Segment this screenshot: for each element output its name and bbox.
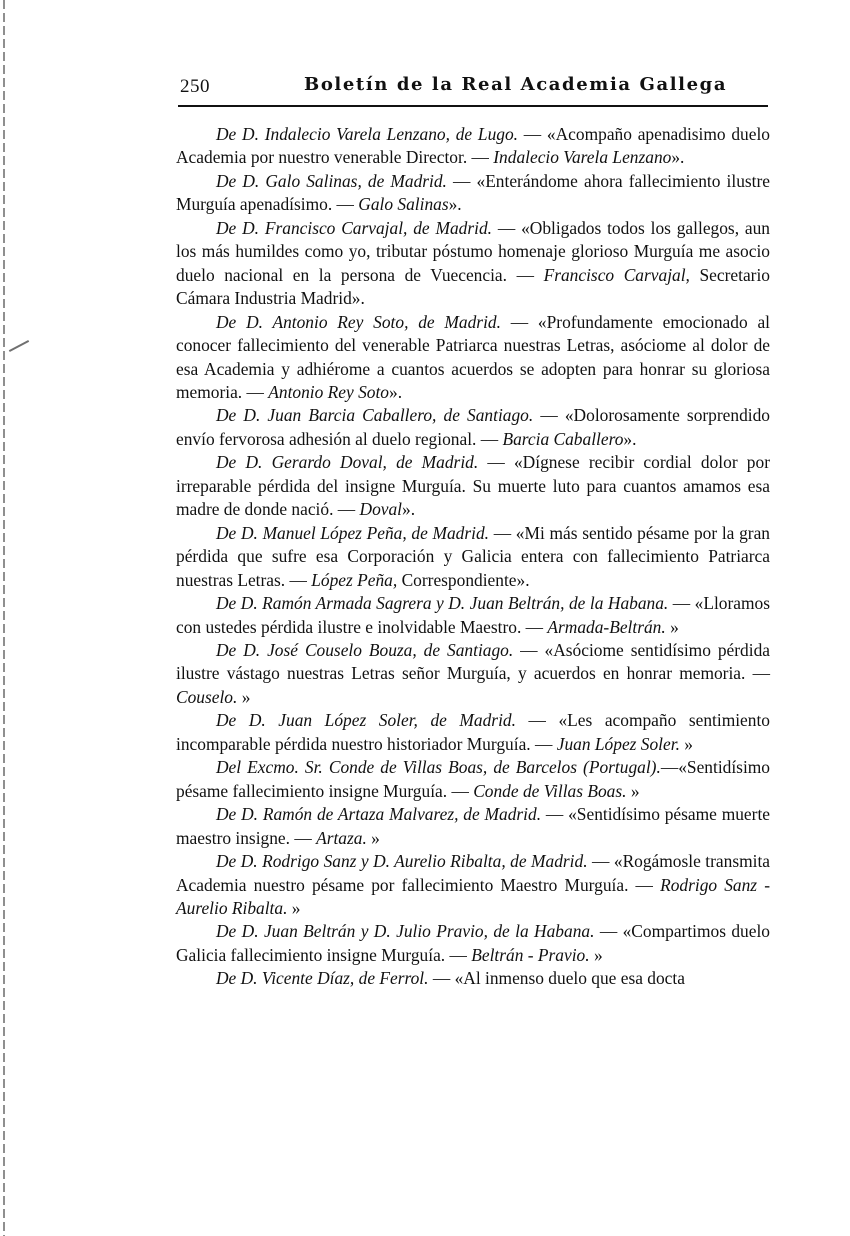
message-tail: » [666, 617, 679, 637]
sender-heading: De D. Galo Salinas, de Madrid. [216, 171, 447, 191]
signature: Antonio Rey Soto [268, 382, 389, 402]
message-tail: ». [671, 147, 684, 167]
running-title: Boletín de la Real Academia Gallega [304, 74, 727, 95]
signature: Artaza. [316, 828, 367, 848]
telegram-entry: De D. Juan López Soler, de Madrid. — «Le… [176, 709, 770, 756]
signature: Doval [360, 499, 403, 519]
message-tail: » [287, 898, 300, 918]
sender-heading: De D. Ramón de Artaza Malvarez, de Madri… [216, 804, 541, 824]
message-tail: ». [402, 499, 415, 519]
signature: Conde de Villas Boas. [473, 781, 626, 801]
sender-heading: De D. Ramón Armada Sagrera y D. Juan Bel… [216, 593, 668, 613]
sender-heading: De D. Juan Beltrán y D. Julio Pravio, de… [216, 921, 594, 941]
telegram-entry: De D. Vicente Díaz, de Ferrol. — «Al inm… [176, 967, 770, 990]
signature: Galo Salinas [358, 194, 448, 214]
sender-heading: De D. Antonio Rey Soto, de Madrid. [216, 312, 501, 332]
sender-heading: De D. Rodrigo Sanz y D. Aurelio Ribalta,… [216, 851, 588, 871]
message-tail: ». [623, 429, 636, 449]
telegram-entry: De D. Juan Barcia Caballero, de Santiago… [176, 404, 770, 451]
sender-heading: Del Excmo. Sr. Conde de Villas Boas, de … [216, 757, 661, 777]
telegram-entry: De D. Indalecio Varela Lenzano, de Lugo.… [176, 123, 770, 170]
sender-heading: De D. Vicente Díaz, de Ferrol. [216, 968, 429, 988]
message-tail: » [626, 781, 639, 801]
page-number: 250 [180, 76, 210, 98]
telegram-entry: De D. Ramón de Artaza Malvarez, de Madri… [176, 803, 770, 850]
message-tail: ». [389, 382, 402, 402]
telegram-entry: De D. Juan Beltrán y D. Julio Pravio, de… [176, 920, 770, 967]
page-header: 250 Boletín de la Real Academia Gallega [176, 76, 770, 100]
sender-heading: De D. Juan López Soler, de Madrid. [216, 710, 516, 730]
signature: Armada-Beltrán. [547, 617, 665, 637]
signature: Beltrán - Pravio. [471, 945, 589, 965]
message-tail: Correspondiente». [397, 570, 529, 590]
message-text: — «Al inmenso duelo que esa docta [429, 968, 685, 988]
telegram-entry: De D. José Couselo Bouza, de Santiago. —… [176, 639, 770, 709]
signature: Francisco Carvajal, [544, 265, 690, 285]
signature: Indalecio Varela Lenzano [493, 147, 671, 167]
telegram-entry: De D. Manuel López Peña, de Madrid. — «M… [176, 522, 770, 592]
sender-heading: De D. José Couselo Bouza, de Santiago. [216, 640, 513, 660]
message-tail: » [590, 945, 603, 965]
telegram-entry: De D. Francisco Carvajal, de Madrid. — «… [176, 217, 770, 311]
telegram-entry: De D. Antonio Rey Soto, de Madrid. — «Pr… [176, 311, 770, 405]
telegram-list: De D. Indalecio Varela Lenzano, de Lugo.… [176, 123, 770, 991]
telegram-entry: Del Excmo. Sr. Conde de Villas Boas, de … [176, 756, 770, 803]
header-rule [178, 105, 768, 107]
telegram-entry: De D. Gerardo Doval, de Madrid. — «Dígne… [176, 451, 770, 521]
telegram-entry: De D. Galo Salinas, de Madrid. — «Enterá… [176, 170, 770, 217]
message-tail: ». [449, 194, 462, 214]
scan-margin-mark [9, 340, 29, 352]
signature: López Peña, [311, 570, 397, 590]
telegram-entry: De D. Ramón Armada Sagrera y D. Juan Bel… [176, 592, 770, 639]
sender-heading: De D. Juan Barcia Caballero, de Santiago… [216, 405, 533, 425]
message-tail: » [367, 828, 380, 848]
scan-binding-edge [3, 0, 5, 1236]
sender-heading: De D. Indalecio Varela Lenzano, de Lugo. [216, 124, 518, 144]
message-tail: » [680, 734, 693, 754]
telegram-entry: De D. Rodrigo Sanz y D. Aurelio Ribalta,… [176, 850, 770, 920]
signature: Juan López Soler. [557, 734, 680, 754]
sender-heading: De D. Gerardo Doval, de Madrid. [216, 452, 478, 472]
sender-heading: De D. Manuel López Peña, de Madrid. [216, 523, 489, 543]
message-tail: » [237, 687, 250, 707]
sender-heading: De D. Francisco Carvajal, de Madrid. [216, 218, 492, 238]
signature: Barcia Caballero [502, 429, 623, 449]
signature: Couselo. [176, 687, 237, 707]
